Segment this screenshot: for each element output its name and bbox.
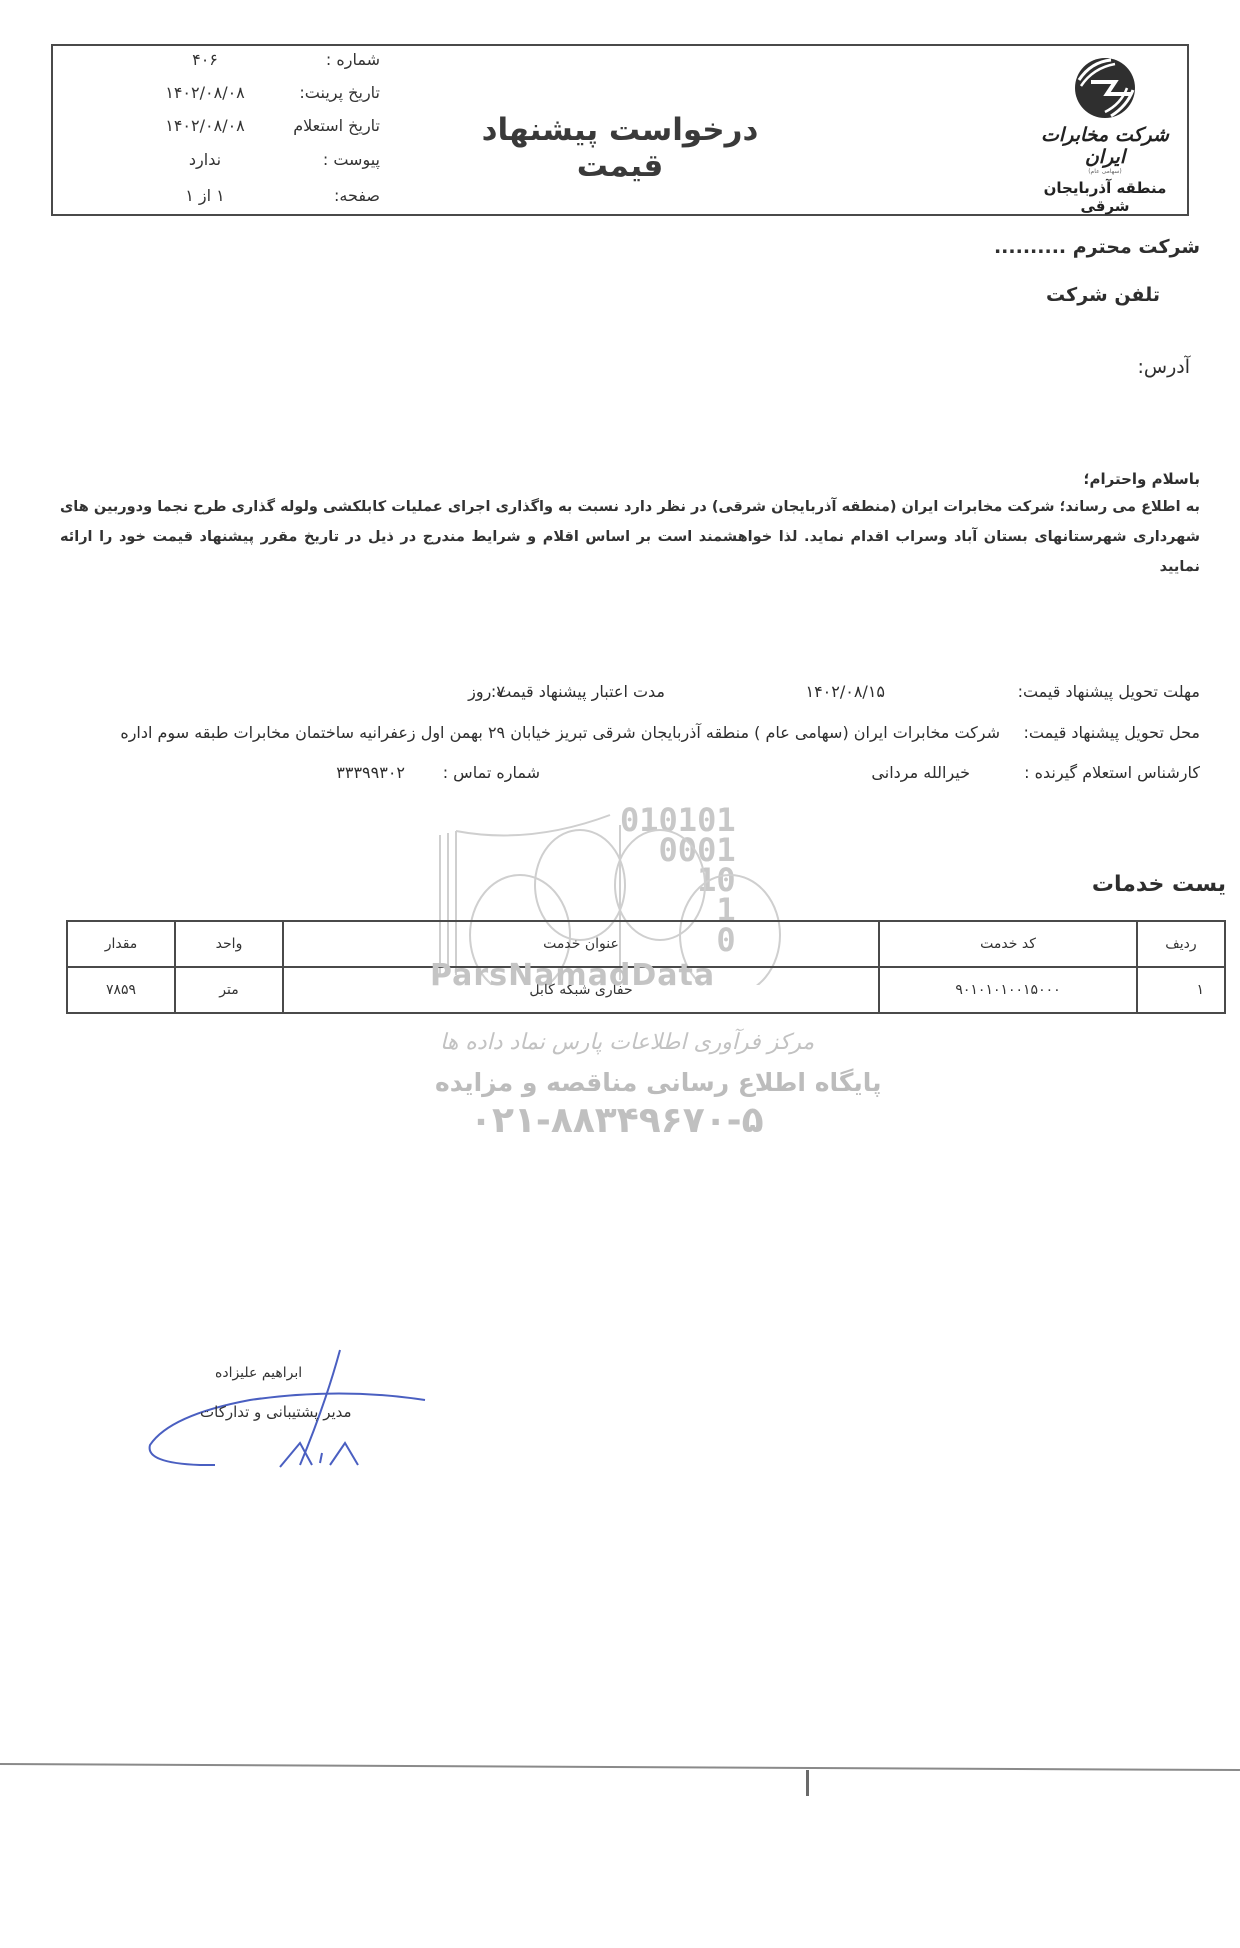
watermark-phone: ۰۲۱-۸۸۳۴۹۶۷۰-۵: [470, 1100, 764, 1141]
body-paragraph: به اطلاع می رساند؛ شرکت مخابرات ایران (م…: [60, 492, 1200, 582]
expert-value: خیرالله مردانی: [871, 763, 970, 782]
col-quantity: مقدار: [67, 921, 175, 967]
cell-unit: متر: [175, 967, 283, 1013]
footer-tick-mark: [806, 1770, 809, 1796]
deadline-label: مهلت تحویل پیشنهاد قیمت:: [1018, 682, 1200, 701]
meta-label: تاریخ استعلام: [260, 116, 380, 135]
meta-attachment: پیوست : ندارد: [150, 150, 380, 169]
cell-quantity: ۷۸۵۹: [67, 967, 175, 1013]
meta-label: تاریخ پرینت:: [260, 83, 380, 102]
meta-value: ۱ از ۱: [150, 186, 260, 205]
col-row: ردیف: [1137, 921, 1225, 967]
greeting: باسلام واحترام؛: [1084, 470, 1200, 488]
col-code: کد خدمت: [879, 921, 1137, 967]
meta-value: ۴۰۶: [150, 50, 260, 69]
watermark-line-2: پایگاه اطلاع رسانی مناقصه و مزایده: [435, 1068, 882, 1097]
meta-page: صفحه: ۱ از ۱: [150, 186, 380, 205]
meta-number: شماره : ۴۰۶: [150, 50, 380, 69]
page-title: درخواست پیشنهاد قیمت: [440, 112, 800, 184]
meta-label: پیوست :: [260, 150, 380, 169]
meta-inquiry-date: تاریخ استعلام ۱۴۰۲/۰۸/۰۸: [150, 116, 380, 135]
services-title: یست خدمات: [1092, 872, 1226, 897]
contact-label: شماره تماس :: [443, 763, 540, 782]
signer-name: ابراهیم علیزاده: [215, 1365, 302, 1381]
company-logo: شرکت مخابرات ایران (سهامی عام) منطقه آذر…: [1030, 52, 1180, 202]
meta-value: ندارد: [150, 150, 260, 169]
company-region: منطقه آذربایجان شرقی: [1030, 179, 1180, 215]
watermark-line-1: مرکز فرآوری اطلاعات پارس نماد داده ها: [440, 1030, 814, 1055]
validity-value: ۷ روز: [468, 682, 505, 701]
meta-value: ۱۴۰۲/۰۸/۰۸: [150, 83, 260, 102]
delivery-place-value: شرکت مخابرات ایران (سهامی عام ) منطقه آذ…: [120, 723, 1000, 742]
meta-label: صفحه:: [260, 186, 380, 205]
recipient-address-label: آدرس:: [1137, 356, 1190, 378]
meta-label: شماره :: [260, 50, 380, 69]
contact-value: ۳۳۳۹۹۳۰۲: [336, 763, 405, 782]
signer-title: مدیر پشتیبانی و تدارکات: [200, 1403, 352, 1421]
cell-row: ۱: [1137, 967, 1225, 1013]
cell-code: ۹۰۱۰۱۰۱۰۰۱۵۰۰۰: [879, 967, 1137, 1013]
deadline-value: ۱۴۰۲/۰۸/۱۵: [805, 682, 885, 701]
meta-value: ۱۴۰۲/۰۸/۰۸: [150, 116, 260, 135]
watermark-brand: ParsNamadData: [430, 958, 715, 993]
footer-divider: [0, 1763, 1240, 1771]
telecommunication-globe-icon: [1071, 54, 1139, 122]
recipient-company: شرکت محترم ..........: [994, 236, 1200, 258]
company-name: شرکت مخابرات ایران: [1030, 124, 1180, 168]
meta-print-date: تاریخ پرینت: ۱۴۰۲/۰۸/۰۸: [150, 83, 380, 102]
delivery-place-label: محل تحویل پیشنهاد قیمت:: [1024, 723, 1200, 742]
recipient-phone: تلفن شرکت: [1046, 284, 1160, 306]
col-unit: واحد: [175, 921, 283, 967]
validity-label: مدت اعتبار پیشنهاد قیمت:: [491, 682, 665, 701]
expert-label: کارشناس استعلام گیرنده :: [1024, 763, 1200, 782]
company-subtitle: (سهامی عام): [1030, 168, 1180, 175]
